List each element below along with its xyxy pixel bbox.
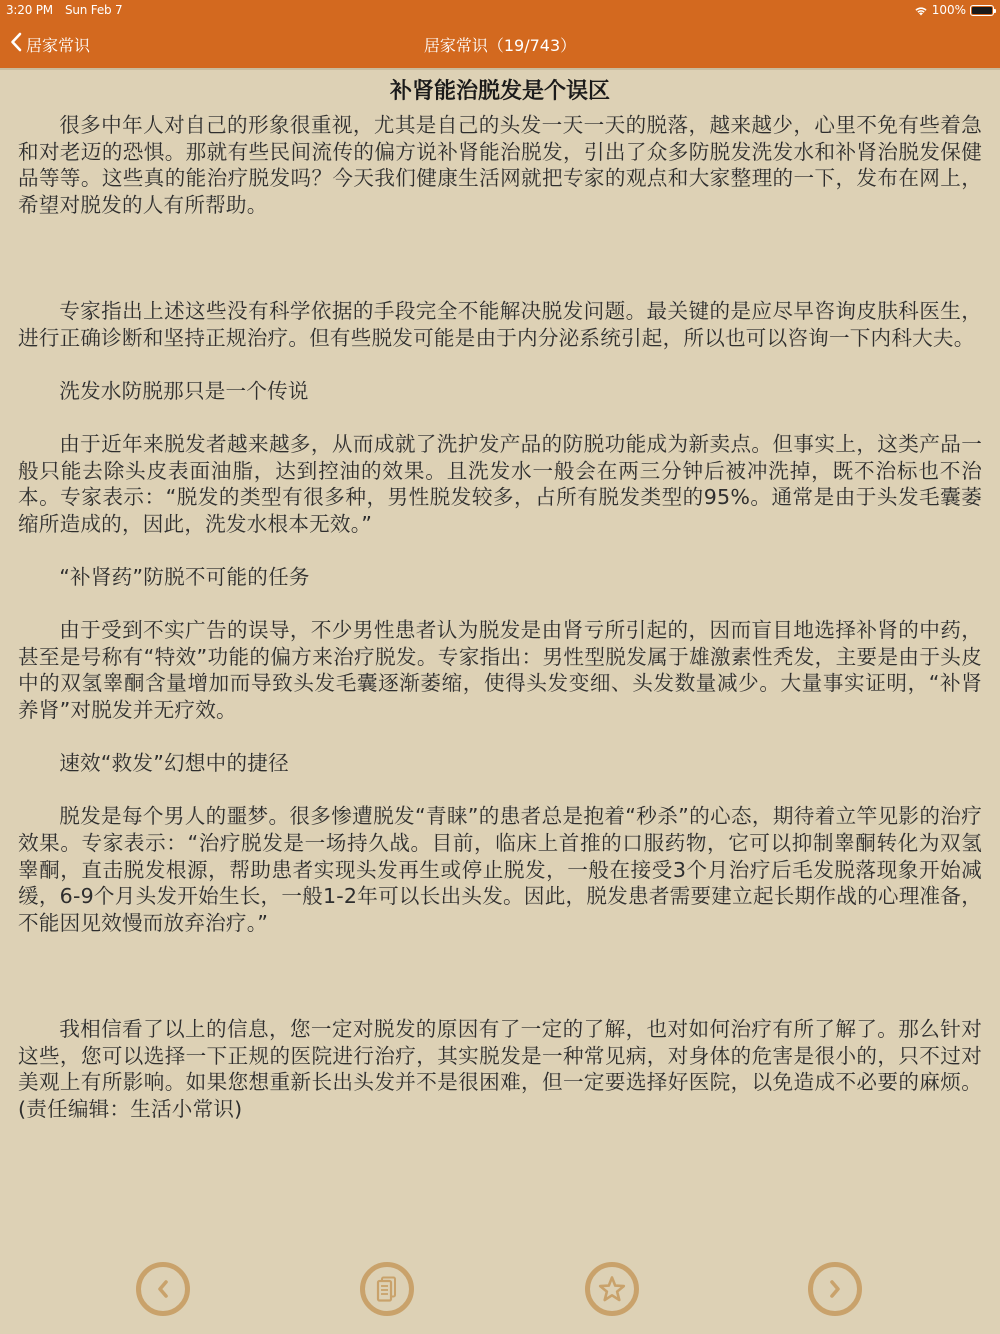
paragraph-spacer — [18, 591, 982, 618]
paragraph-spacer — [18, 538, 982, 565]
article-paragraph: 我相信看了以上的信息，您一定对脱发的原因有了一定的了解，也对如何治疗有所了解了。… — [18, 1016, 982, 1122]
article-title: 补肾能治脱发是个误区 — [18, 74, 982, 110]
paragraph-spacer — [18, 724, 982, 751]
paragraph-spacer — [18, 777, 982, 804]
favorite-button[interactable] — [585, 1262, 639, 1316]
nav-bar: 居家常识 居家常识（19/743） — [0, 22, 1000, 68]
article-page: 3:20 PM Sun Feb 7 100% — [0, 0, 1000, 1334]
chevron-left-icon — [156, 1279, 170, 1299]
battery-icon — [970, 5, 994, 16]
previous-article-button[interactable] — [136, 1262, 190, 1316]
header-bar: 3:20 PM Sun Feb 7 100% — [0, 0, 1000, 68]
document-list-icon — [376, 1276, 398, 1302]
article-body: 补肾能治脱发是个误区 很多中年人对自己的形象很重视，尤其是自己的头发一天一天的脱… — [18, 74, 982, 1123]
article-paragraph: 由于近年来脱发者越来越多，从而成就了洗护发产品的防脱功能成为新卖点。但事实上，这… — [18, 431, 982, 537]
wifi-icon — [914, 5, 928, 16]
paragraph-spacer — [18, 936, 982, 1016]
star-icon — [598, 1275, 626, 1303]
bottom-toolbar — [0, 1262, 1000, 1318]
section-heading: 速效“救发”幻想中的捷径 — [18, 750, 982, 777]
status-time: 3:20 PM — [6, 3, 53, 17]
next-article-button[interactable] — [808, 1262, 862, 1316]
nav-title: 居家常识（19/743） — [0, 33, 1000, 56]
article-paragraph: 很多中年人对自己的形象很重视，尤其是自己的头发一天一天的脱落，越来越少，心里不免… — [18, 112, 982, 218]
status-date: Sun Feb 7 — [65, 3, 123, 17]
status-right: 100% — [914, 3, 994, 17]
article-list-button[interactable] — [360, 1262, 414, 1316]
section-heading: “补肾药”防脱不可能的任务 — [18, 564, 982, 591]
status-left: 3:20 PM Sun Feb 7 — [6, 3, 123, 17]
paragraph-spacer — [18, 218, 982, 298]
chevron-right-icon — [828, 1279, 842, 1299]
header-divider — [0, 68, 1000, 70]
status-bar: 3:20 PM Sun Feb 7 100% — [0, 0, 1000, 22]
paragraph-spacer — [18, 351, 982, 378]
article-paragraph: 由于受到不实广告的误导，不少男性患者认为脱发是由肾亏所引起的，因而盲目地选择补肾… — [18, 617, 982, 723]
article-paragraph: 脱发是每个男人的噩梦。很多惨遭脱发“青睐”的患者总是抱着“秒杀”的心态，期待着立… — [18, 803, 982, 936]
article-paragraph: 专家指出上述这些没有科学依据的手段完全不能解决脱发问题。最关键的是应尽早咨询皮肤… — [18, 298, 982, 351]
paragraph-spacer — [18, 405, 982, 432]
battery-percent: 100% — [932, 3, 966, 17]
section-heading: 洗发水防脱那只是一个传说 — [18, 378, 982, 405]
